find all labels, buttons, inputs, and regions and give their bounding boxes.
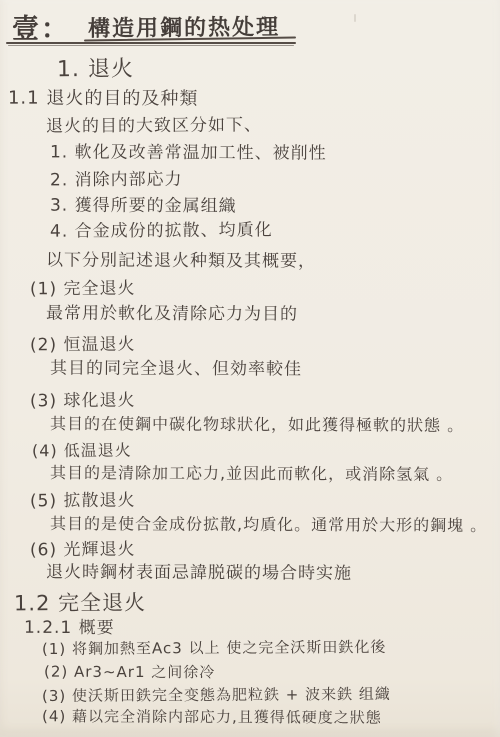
purpose-intro: 退火的目的大致区分如下、 bbox=[46, 115, 262, 138]
heading-1-2-1: 1.2.1 概要 bbox=[24, 618, 115, 640]
scan-smudge bbox=[354, 14, 356, 22]
type-1-description: 最常用於軟化及清除応力为目的 bbox=[46, 303, 298, 325]
purpose-item-3: 3. 獲得所要的金属组織 bbox=[50, 196, 237, 218]
header-rule-secondary bbox=[8, 45, 294, 46]
type-3-heading: (3) 球化退火 bbox=[30, 391, 136, 413]
heading-1-2: 1.2 完全退火 bbox=[14, 590, 146, 617]
chapter-numeral: 壹： bbox=[12, 7, 70, 46]
type-2-heading: (2) 恒温退火 bbox=[30, 335, 136, 357]
type-5-description: 其目的是使合金成份拡散,均貭化。通常用於大形的鋼塊 。 bbox=[50, 514, 487, 536]
header-rule bbox=[6, 42, 296, 44]
type-1-heading: (1) 完全退火 bbox=[30, 279, 136, 301]
type-5-heading: (5) 拡散退火 bbox=[30, 491, 136, 513]
type-6-heading: (6) 光輝退火 bbox=[30, 540, 136, 562]
type-4-description: 其目的是清除加工応力,並因此而軟化，或消除氢氣 。 bbox=[50, 463, 453, 485]
full-anneal-step-2: (2) Ar3~Ar1 之间徐冷 bbox=[44, 663, 215, 682]
type-4-heading: (4) 低温退火 bbox=[32, 441, 132, 462]
type-3-description: 其目的在使鋼中碳化物球狀化，如此獲得極軟的狀態 。 bbox=[50, 414, 464, 436]
types-intro: 以下分別記述退火种類及其概要， bbox=[46, 250, 316, 272]
heading-1-1: 1.1 退火的目的及种類 bbox=[8, 88, 198, 111]
full-anneal-step-3: (3) 使沃斯田鉄完全变態為肥粒鉄 + 波来鉄 组織 bbox=[42, 685, 391, 706]
notebook-page: 壹： 構造用鋼的热处理 1. 退火 1.1 退火的目的及种類 退火的目的大致区分… bbox=[0, 0, 500, 737]
type-6-description: 退火時鋼材表面忌諱脱碳的場合時实施 bbox=[46, 562, 352, 585]
full-anneal-step-4: (4) 藉以完全消除内部応力,且獲得低硬度之狀態 bbox=[42, 707, 382, 727]
purpose-item-1: 1. 軟化及改善常温加工性、被削性 bbox=[50, 142, 327, 164]
purpose-item-4: 4. 合金成份的拡散、均貭化 bbox=[50, 220, 273, 243]
type-2-description: 其目的同完全退火、但効率較佳 bbox=[50, 358, 302, 380]
heading-annealing: 1. 退火 bbox=[57, 56, 134, 84]
purpose-item-2: 2. 消除内部応力 bbox=[50, 170, 183, 192]
full-anneal-step-1: (1) 将鋼加熱至Ac3 以上 使之完全沃斯田鉄化後 bbox=[42, 638, 386, 659]
